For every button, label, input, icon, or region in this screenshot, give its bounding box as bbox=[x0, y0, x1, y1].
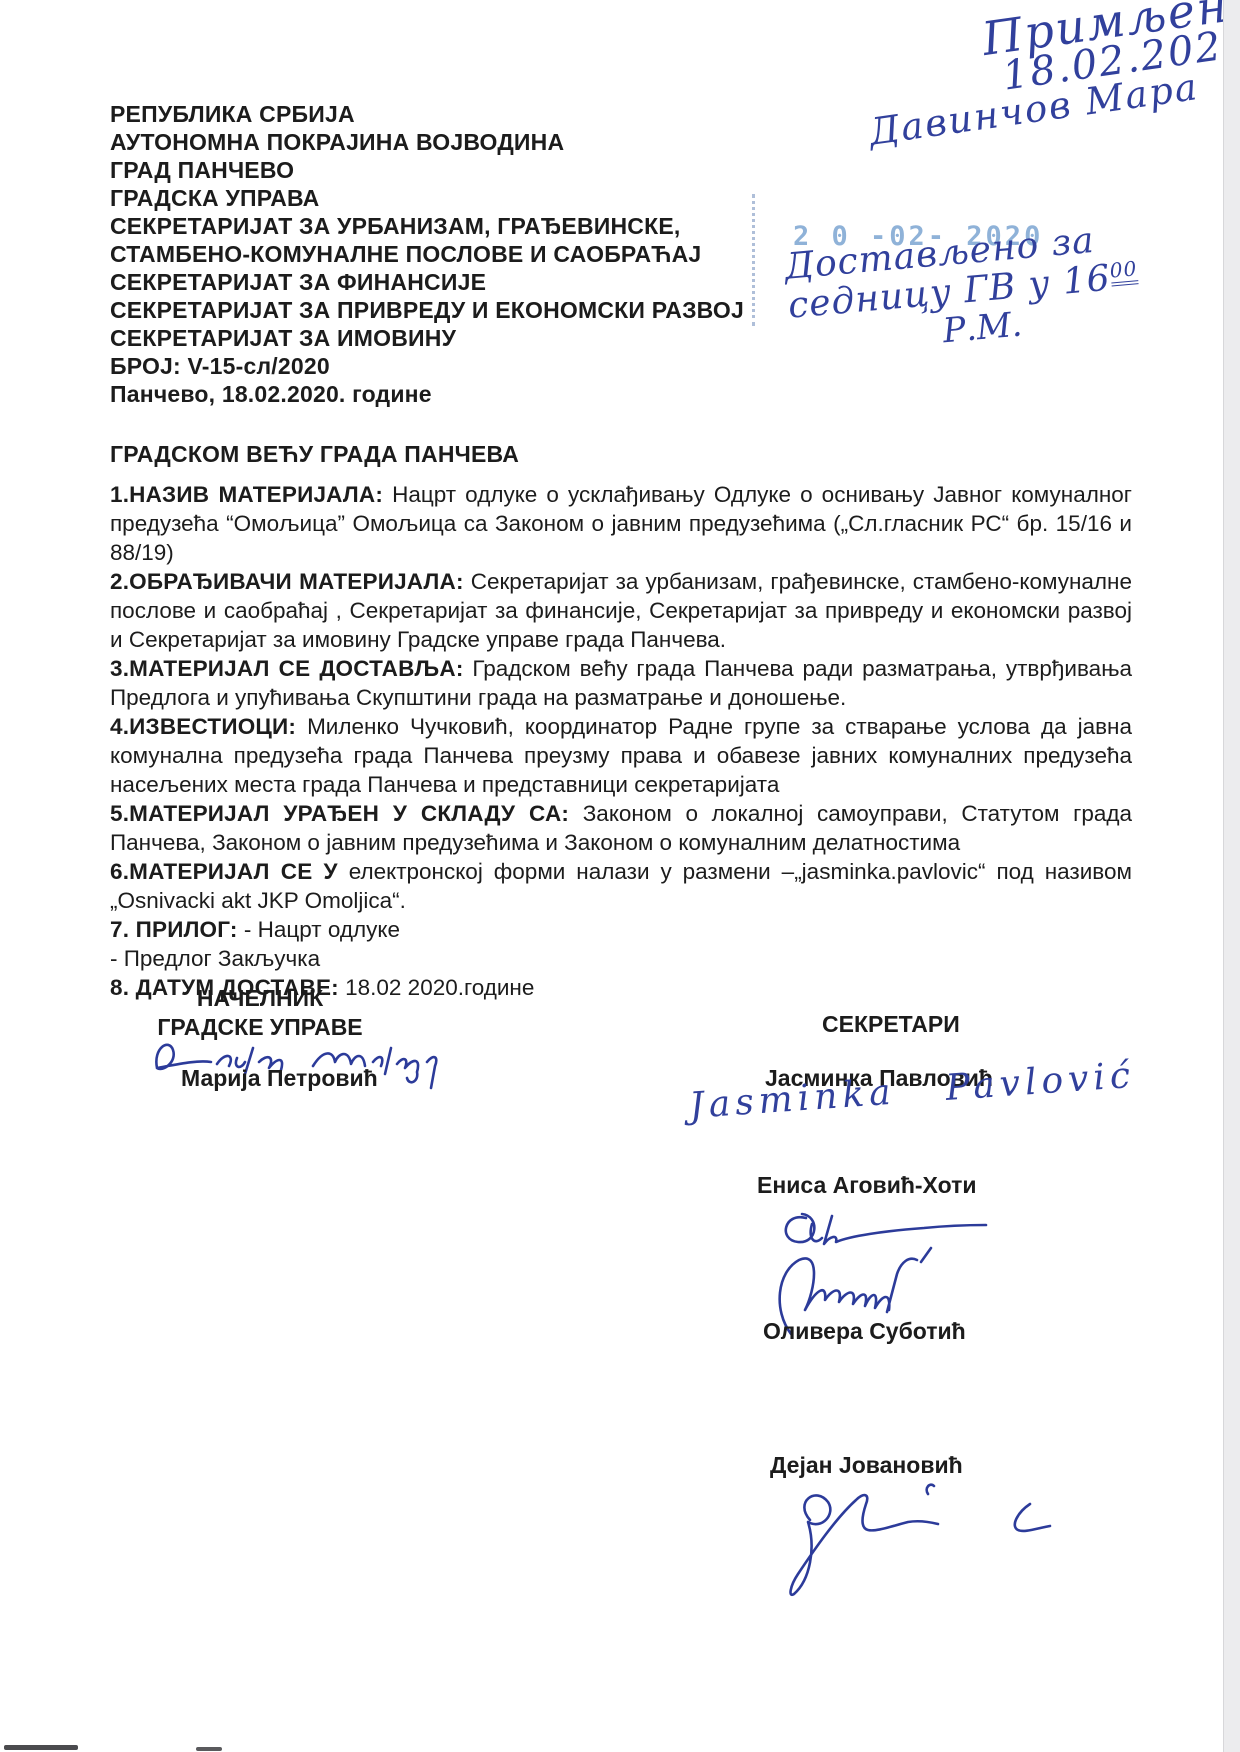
letterhead-line: ГРАД ПАНЧЕВО bbox=[110, 156, 744, 184]
body-paragraph: - Предлог Закључка bbox=[110, 944, 1132, 973]
letterhead-line: СЕКРЕТАРИЈАТ ЗА ПРИВРЕДУ И ЕКОНОМСКИ РАЗ… bbox=[110, 296, 744, 324]
scan-mark-bottom-left-2 bbox=[196, 1747, 222, 1751]
body-paragraph-label: 6.МАТЕРИЈАЛ СЕ У bbox=[110, 859, 338, 884]
letterhead-line: СТАМБЕНО-КОМУНАЛНЕ ПОСЛОВЕ И САОБРАЋАЈ bbox=[110, 240, 744, 268]
hours-superscript: 00 bbox=[1109, 256, 1139, 286]
stamp-edge-mark bbox=[752, 194, 759, 326]
body-paragraph: 7. ПРИЛОГ: - Нацрт одлуке bbox=[110, 915, 1132, 944]
body-paragraph-label: 2.ОБРАЂИВАЧИ МАТЕРИЈАЛА: bbox=[110, 569, 464, 594]
letterhead-line: АУТОНОМНА ПОКРАЈИНА ВОЈВОДИНА bbox=[110, 128, 744, 156]
right-signatories-title: СЕКРЕТАРИ bbox=[822, 1011, 960, 1038]
name-olivera: Оливера Суботић bbox=[763, 1318, 966, 1345]
letterhead: РЕПУБЛИКА СРБИЈААУТОНОМНА ПОКРАЈИНА ВОЈВ… bbox=[110, 100, 744, 408]
body-paragraph: 2.ОБРАЂИВАЧИ МАТЕРИЈАЛА: Секретаријат за… bbox=[110, 567, 1132, 654]
scanned-document-page: Примљено 18.02.2020. Давинчов Мара 2 0 -… bbox=[0, 0, 1240, 1752]
scan-mark-bottom-left bbox=[4, 1745, 78, 1750]
body-paragraph: 6.МАТЕРИЈАЛ СЕ У електронској форми нала… bbox=[110, 857, 1132, 915]
name-marija: Марија Петровић bbox=[181, 1065, 378, 1092]
body-paragraph-label: 7. ПРИЛОГ: bbox=[110, 917, 238, 942]
document-body: 1.НАЗИВ МАТЕРИЈАЛА: Нацрт одлуке о ускла… bbox=[110, 480, 1132, 1002]
letterhead-line: СЕКРЕТАРИЈАТ ЗА ФИНАНСИЈЕ bbox=[110, 268, 744, 296]
letterhead-line: БРОЈ: V-15-сл/2020 bbox=[110, 352, 744, 380]
body-paragraph-label: 3.МАТЕРИЈАЛ СЕ ДОСТАВЉА: bbox=[110, 656, 464, 681]
letterhead-line: Панчево, 18.02.2020. године bbox=[110, 380, 744, 408]
left-title-line1: НАЧЕЛНИК bbox=[110, 984, 410, 1013]
body-paragraph: 5.МАТЕРИЈАЛ УРАЂЕН У СКЛАДУ СА: Законом … bbox=[110, 799, 1132, 857]
body-paragraph-label: 5.МАТЕРИЈАЛ УРАЂЕН У СКЛАДУ СА: bbox=[110, 801, 569, 826]
body-paragraph: 1.НАЗИВ МАТЕРИЈАЛА: Нацрт одлуке о ускла… bbox=[110, 480, 1132, 567]
body-paragraph-label: 4.ИЗВЕСТИОЦИ: bbox=[110, 714, 296, 739]
letterhead-line: СЕКРЕТАРИЈАТ ЗА УРБАНИЗАМ, ГРАЂЕВИНСКЕ, bbox=[110, 212, 744, 240]
scan-edge-right bbox=[1223, 0, 1240, 1752]
letterhead-line: ГРАДСКА УПРАВА bbox=[110, 184, 744, 212]
letterhead-line: РЕПУБЛИКА СРБИЈА bbox=[110, 100, 744, 128]
name-enisa: Ениса Аговић-Хоти bbox=[757, 1172, 976, 1199]
body-paragraph: 3.МАТЕРИЈАЛ СЕ ДОСТАВЉА: Градском већу г… bbox=[110, 654, 1132, 712]
name-dejan: Дејан Јовановић bbox=[770, 1452, 963, 1479]
body-paragraph-label: 1.НАЗИВ МАТЕРИЈАЛА: bbox=[110, 482, 383, 507]
body-paragraph: 4.ИЗВЕСТИОЦИ: Миленко Чучковић, координа… bbox=[110, 712, 1132, 799]
addressee-line: ГРАДСКОМ ВЕЋУ ГРАДА ПАНЧЕВА bbox=[110, 441, 519, 468]
letterhead-line: СЕКРЕТАРИЈАТ ЗА ИМОВИНУ bbox=[110, 324, 744, 352]
handwritten-received-note: Примљено 18.02.2020. Давинчов Мара bbox=[855, 0, 1240, 154]
signature-dejan bbox=[778, 1478, 1090, 1603]
